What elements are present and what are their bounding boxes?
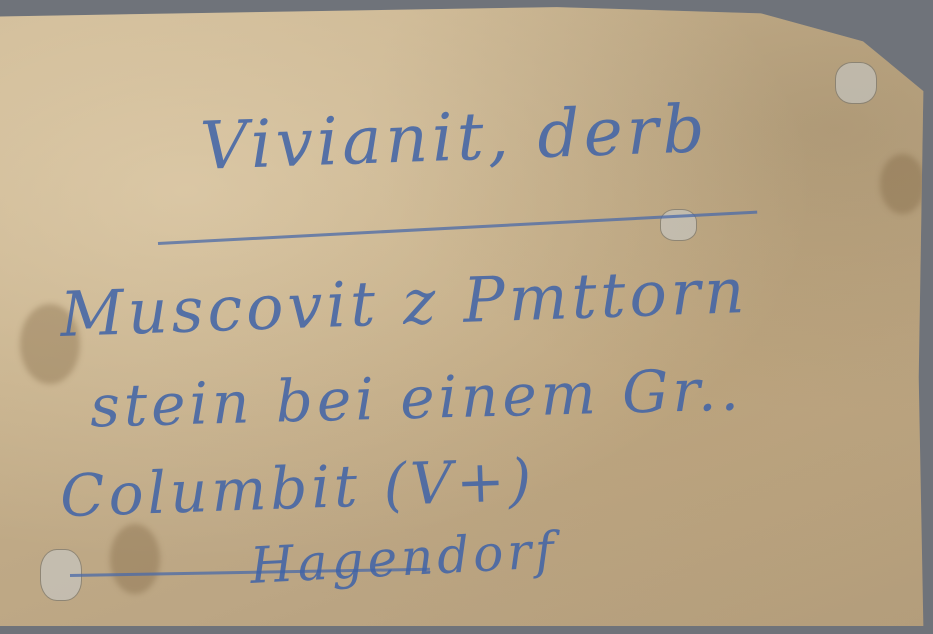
stain xyxy=(880,154,925,214)
stain xyxy=(110,524,160,594)
glue-spot xyxy=(835,62,877,104)
label-line-3: Columbit (V+) xyxy=(59,446,536,531)
label-title: Vivianit, derb xyxy=(199,90,710,185)
label-locality: Hagendorf xyxy=(249,521,559,595)
label-line-2: stein bei einem Gr.. xyxy=(89,355,743,440)
label-line-1: Muscovit z Pmttorn xyxy=(59,254,750,351)
specimen-label-paper: Vivianit, derb Muscovit z Pmttorn stein … xyxy=(0,4,928,626)
